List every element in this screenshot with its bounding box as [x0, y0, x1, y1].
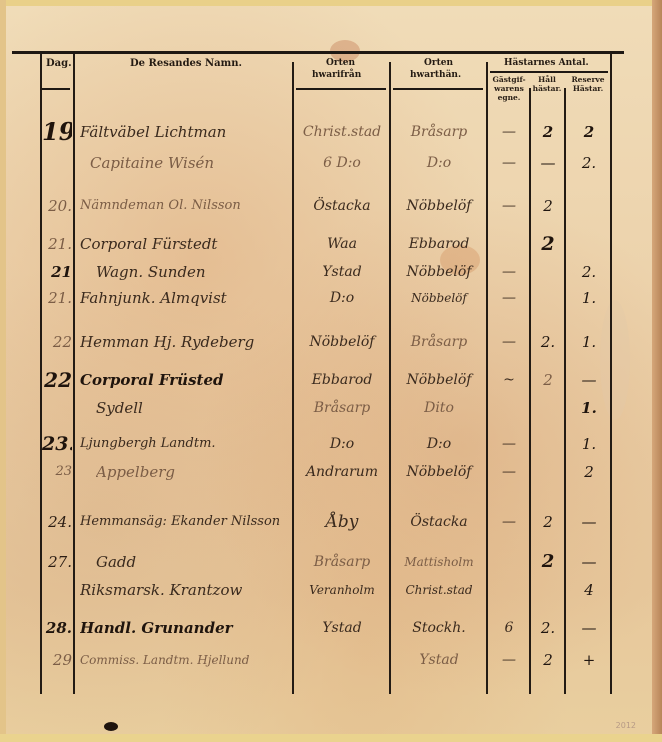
cell-from: Östacka	[296, 192, 388, 220]
cell-name: Handl. Grunander	[80, 614, 290, 642]
cell-reserve-horses: —	[568, 366, 610, 394]
cell-name: Hemmansäg: Ekander Nilsson	[80, 508, 290, 536]
cell-day: 28.	[42, 614, 72, 642]
sub-line: Håll	[530, 75, 564, 84]
cell-to: Mattisholm	[393, 548, 485, 576]
header-to-line1: Orten	[424, 58, 453, 68]
header-from-line1: Orten	[326, 58, 355, 68]
cell-from: Bråsarp	[296, 394, 388, 422]
cell-from: Christ.stad	[296, 118, 388, 146]
cell-from: Veranholm	[296, 576, 388, 604]
cell-reserve-horses: 2	[568, 458, 610, 486]
ledger-row: 21 Wagn. Sunden Ystad Nöbbelöf — 2.	[0, 258, 662, 286]
cell-to: Nöbbelöf	[393, 458, 485, 486]
ledger-row: 20. Nämndeman Ol. Nilsson Östacka Nöbbel…	[0, 192, 662, 220]
cell-reserve-horses: —	[568, 614, 610, 642]
cell-day: 24.	[42, 508, 72, 536]
header-rule-from	[296, 88, 386, 90]
cell-to: D:o	[393, 149, 485, 177]
cell-hall-horses: 2.	[532, 328, 564, 356]
header-to-line2: hwarthän.	[410, 70, 461, 80]
cell-reserve-horses: 1.	[568, 284, 610, 312]
cell-innkeeper-horses: —	[490, 284, 528, 312]
cell-to: Ebbarod	[393, 230, 485, 258]
cell-name: Riksmarsk. Krantzow	[80, 576, 290, 604]
cell-name: Gadd	[96, 548, 306, 576]
cell-from: Bråsarp	[296, 548, 388, 576]
cell-innkeeper-horses: —	[490, 192, 528, 220]
cell-name: Nämndeman Ol. Nilsson	[80, 192, 290, 220]
cell-name: Fältväbel Lichtman	[80, 118, 290, 146]
ledger-row: 28. Handl. Grunander Ystad Stockh. 6 2. …	[0, 614, 662, 642]
header-horses-sub-hall: Håll hästar.	[530, 75, 564, 93]
cell-name: Appelberg	[96, 458, 306, 486]
cell-reserve-horses: 4	[568, 576, 610, 604]
cell-to: Stockh.	[393, 614, 485, 642]
cell-name: Commiss. Landtm. Hjellund	[80, 646, 290, 674]
cell-reserve-horses: 2.	[568, 258, 610, 286]
cell-hall-horses: 2	[532, 230, 564, 258]
cell-day: 21.	[42, 284, 72, 312]
ledger-row: 22 Corporal Früsted Ebbarod Nöbbelöf ~ 2…	[0, 366, 662, 394]
ledger-row: Riksmarsk. Krantzow Veranholm Christ.sta…	[0, 576, 662, 604]
cell-name: Corporal Fürstedt	[80, 230, 290, 258]
cell-hall-horses: 2	[532, 548, 564, 576]
cell-innkeeper-horses: —	[490, 430, 528, 458]
cell-from: D:o	[296, 430, 388, 458]
cell-hall-horses: 2	[532, 366, 564, 394]
cell-reserve-horses: +	[568, 646, 610, 674]
cell-innkeeper-horses: —	[490, 118, 528, 146]
cell-hall-horses: 2.	[532, 614, 564, 642]
cell-day: 19	[42, 118, 72, 146]
cell-day: 22	[42, 328, 72, 356]
cell-name: Wagn. Sunden	[96, 258, 306, 286]
ledger-page: Dag. De Resandes Namn. Orten hwarifrån O…	[0, 0, 662, 742]
cell-reserve-horses: —	[568, 508, 610, 536]
header-top-rule	[12, 51, 624, 54]
header-rule-to	[393, 88, 483, 90]
cell-innkeeper-horses: —	[490, 646, 528, 674]
cell-hall-horses: 2	[532, 118, 564, 146]
sub-line: Hästar.	[566, 84, 610, 93]
page-mark: 2012	[616, 721, 636, 730]
cell-to: Nöbbelöf	[393, 192, 485, 220]
header-from-line2: hwarifrån	[312, 70, 361, 80]
cell-from: Andrarum	[296, 458, 388, 486]
cell-to: Ystad	[393, 646, 485, 674]
sub-line: egne.	[489, 93, 529, 102]
cell-from: Ystad	[296, 614, 388, 642]
cell-name: Hemman Hj. Rydeberg	[80, 328, 290, 356]
cell-innkeeper-horses: —	[490, 149, 528, 177]
ledger-row: 23. Ljungbergh Landtm. D:o D:o — 1.	[0, 430, 662, 458]
ledger-row: Sydell Bråsarp Dito 1.	[0, 394, 662, 422]
cell-day: 22	[42, 366, 72, 394]
cell-to: Nöbbelöf	[393, 366, 485, 394]
ledger-row: Capitaine Wisén 6 D:o D:o — — 2.	[0, 149, 662, 177]
cell-innkeeper-horses: 6	[490, 614, 528, 642]
cell-day: 23.	[42, 430, 72, 458]
cell-from: Ebbarod	[296, 366, 388, 394]
ledger-row: 29 Commiss. Landtm. Hjellund Ystad — 2 +	[0, 646, 662, 674]
sub-line: Gästgif-	[489, 75, 529, 84]
cell-day: 27.	[42, 548, 72, 576]
cell-innkeeper-horses: —	[490, 508, 528, 536]
cell-name: Sydell	[96, 394, 306, 422]
cell-hall-horses: 2	[532, 646, 564, 674]
cell-hall-horses: 2	[532, 508, 564, 536]
ledger-row: 21. Corporal Fürstedt Waa Ebbarod 2	[0, 230, 662, 258]
header-day: Dag.	[46, 58, 72, 69]
cell-name: Capitaine Wisén	[90, 149, 300, 177]
cell-to: Nöbbelöf	[393, 258, 485, 286]
cell-to: Dito	[393, 394, 485, 422]
ledger-row: 23 Appelberg Andrarum Nöbbelöf — 2	[0, 458, 662, 486]
header-rule-day	[42, 88, 70, 90]
cell-reserve-horses: 2.	[568, 149, 610, 177]
header-travellers-name: De Resandes Namn.	[130, 58, 242, 69]
cell-name: Corporal Früsted	[80, 366, 290, 394]
header-horses-sub-reserve: Reserve Hästar.	[566, 75, 610, 93]
ledger-row: 22 Hemman Hj. Rydeberg Nöbbelöf Bråsarp …	[0, 328, 662, 356]
cell-from: Ystad	[296, 258, 388, 286]
cell-innkeeper-horses: —	[490, 258, 528, 286]
ledger-row: 24. Hemmansäg: Ekander Nilsson Åby Östac…	[0, 508, 662, 536]
cell-reserve-horses: 1.	[568, 394, 610, 422]
cell-from: D:o	[296, 284, 388, 312]
header-horses-sub-innkeeper: Gästgif- warens egne.	[489, 75, 529, 102]
ledger-row: 27. Gadd Bråsarp Mattisholm 2 —	[0, 548, 662, 576]
cell-to: Christ.stad	[393, 576, 485, 604]
cell-reserve-horses: 1.	[568, 430, 610, 458]
cell-innkeeper-horses: —	[490, 328, 528, 356]
cell-reserve-horses: 1.	[568, 328, 610, 356]
cell-to: Nöbbelöf	[393, 284, 485, 312]
ledger-row: 19 Fältväbel Lichtman Christ.stad Bråsar…	[0, 118, 662, 146]
paper-edge-top	[0, 0, 662, 6]
cell-day: 29	[42, 646, 72, 674]
cell-reserve-horses: 2	[568, 118, 610, 146]
cell-from: Åby	[296, 508, 388, 536]
cell-innkeeper-horses: —	[490, 458, 528, 486]
cell-name: Fahnjunk. Almqvist	[80, 284, 290, 312]
sub-line: hästar.	[530, 84, 564, 93]
ink-blot	[104, 722, 118, 731]
ledger-row: 21. Fahnjunk. Almqvist D:o Nöbbelöf — 1.	[0, 284, 662, 312]
cell-name: Ljungbergh Landtm.	[80, 430, 290, 458]
cell-reserve-horses: —	[568, 548, 610, 576]
sub-line: warens	[489, 84, 529, 93]
sub-line: Reserve	[566, 75, 610, 84]
cell-innkeeper-horses: ~	[490, 366, 528, 394]
cell-from: Nöbbelöf	[296, 328, 388, 356]
cell-from: Waa	[296, 230, 388, 258]
cell-to: Bråsarp	[393, 118, 485, 146]
cell-hall-horses: —	[532, 149, 564, 177]
header-horses-group: Hästarnes Antal.	[504, 58, 589, 68]
cell-to: Bråsarp	[393, 328, 485, 356]
cell-hall-horses: 2	[532, 192, 564, 220]
cell-to: D:o	[393, 430, 485, 458]
cell-day: 21	[42, 258, 72, 286]
cell-day: 23	[42, 458, 72, 486]
header-rule-horses	[490, 71, 608, 73]
cell-day: 20.	[42, 192, 72, 220]
paper-edge-bottom	[0, 734, 662, 742]
cell-day: 21.	[42, 230, 72, 258]
cell-from: 6 D:o	[296, 149, 388, 177]
cell-to: Östacka	[393, 508, 485, 536]
